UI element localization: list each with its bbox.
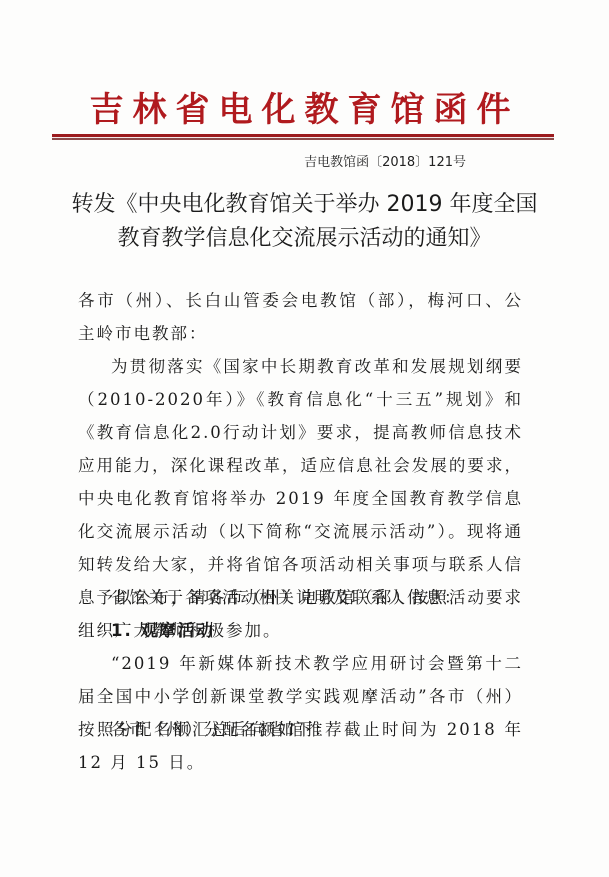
section-heading-observation: 1. 观摩活动 <box>78 614 523 647</box>
salutation: 各市（州）、长白山管委会电教馆（部），梅河口、公主岭市电教部： <box>78 284 523 350</box>
masthead-title: 吉林省电化教育馆函件 <box>0 82 609 131</box>
document-title-line1: 转发《中央电化教育馆关于举办 2019 年度全国 <box>0 188 609 222</box>
paragraph-quota: 各市（州）分配名额如下： <box>78 713 523 746</box>
red-divider-line <box>52 134 554 140</box>
paragraph-contacts-intro: 省馆关于各项活动相关说明及联系人信息： <box>78 581 523 614</box>
document-number: 吉电教馆函〔2018〕121号 <box>304 151 466 170</box>
document-title-line2: 教育教学信息化交流展示活动的通知》 <box>0 222 609 256</box>
